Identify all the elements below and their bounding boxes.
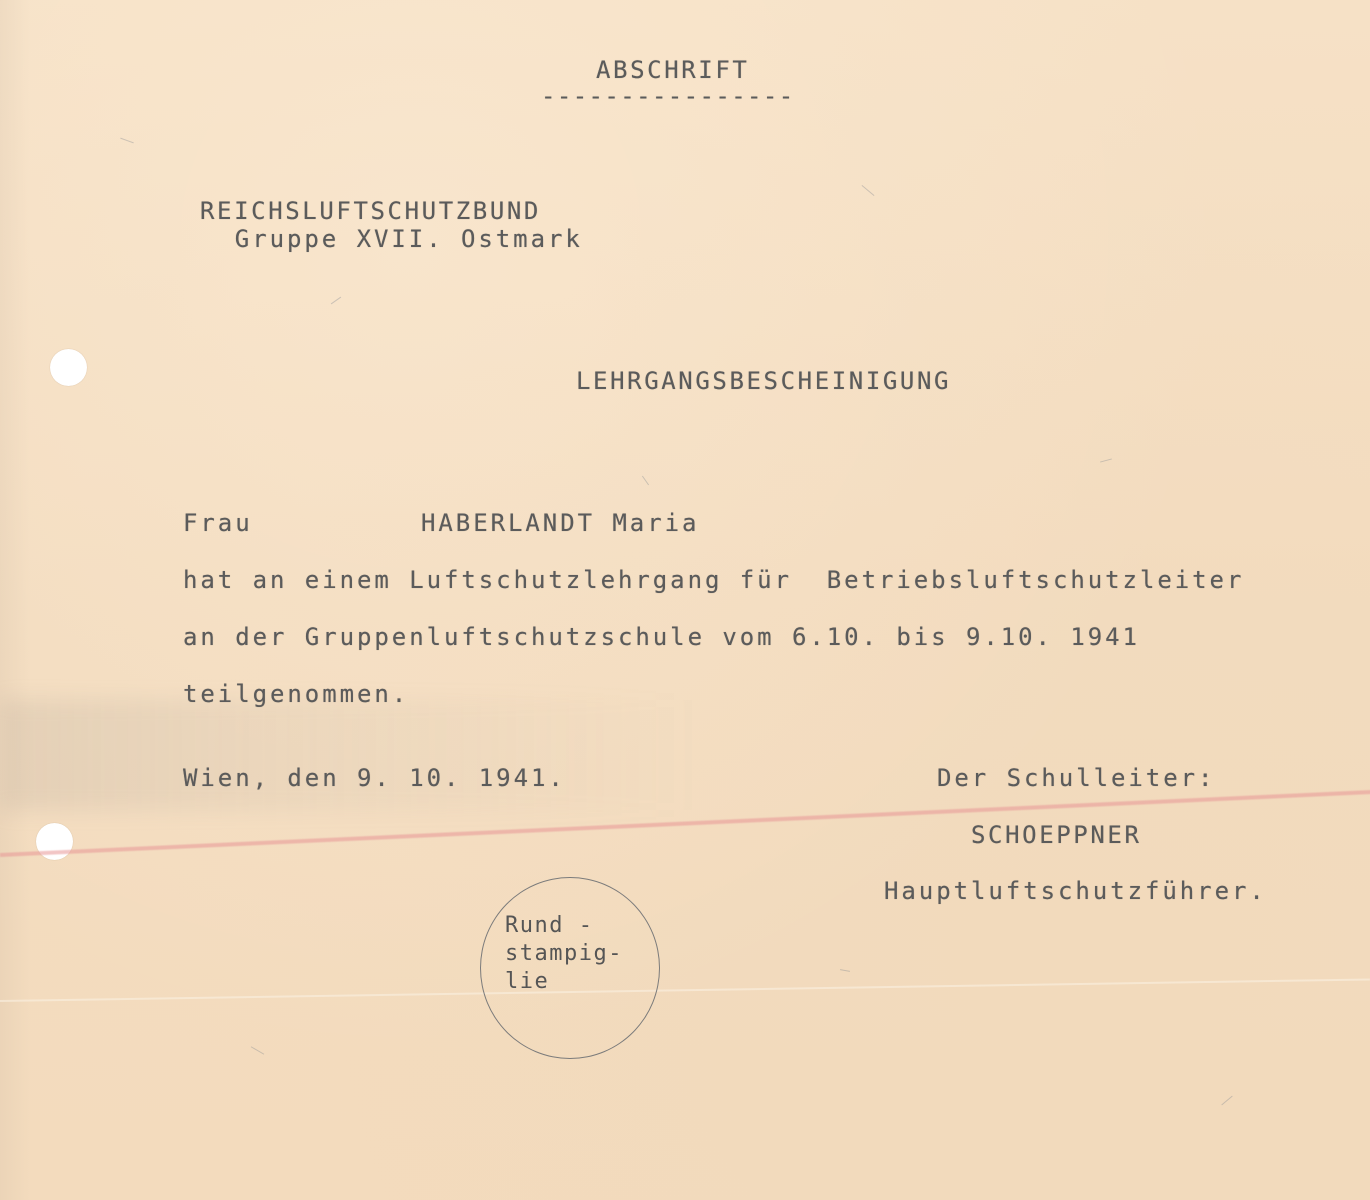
stamp-line-2: stampig- — [505, 941, 623, 966]
paper-edge-shade — [0, 0, 30, 1200]
copy-underline: ---------------- — [541, 84, 795, 108]
signatory-name: SCHOEPPNER — [971, 823, 1142, 847]
salutation: Frau — [183, 511, 253, 535]
copy-label: ABSCHRIFT — [596, 58, 749, 82]
round-stamp-text: Rund - stampig- lie — [505, 912, 623, 996]
body-line-3: teilgenommen. — [183, 682, 409, 706]
place-and-date: Wien, den 9. 10. 1941. — [183, 766, 566, 790]
punch-hole-top — [50, 349, 87, 386]
body-line-1: hat an einem Luftschutzlehrgang für Betr… — [183, 568, 1244, 592]
stamp-line-1: Rund - — [505, 913, 593, 938]
paper-background — [0, 0, 1370, 1200]
signatory-role: Der Schulleiter: — [937, 766, 1215, 790]
signatory-rank: Hauptluftschutzführer. — [884, 879, 1267, 903]
recipient-name: HABERLANDT Maria — [421, 511, 699, 535]
document-title: LEHRGANGSBESCHEINIGUNG — [576, 369, 951, 393]
stamp-line-3: lie — [505, 969, 549, 994]
sender-organization: REICHSLUFTSCHUTZBUND — [200, 199, 541, 223]
fold-shadow — [0, 700, 700, 810]
sender-group: Gruppe XVII. Ostmark — [200, 227, 583, 251]
body-line-2: an der Gruppenluftschutzschule vom 6.10.… — [183, 625, 1140, 649]
